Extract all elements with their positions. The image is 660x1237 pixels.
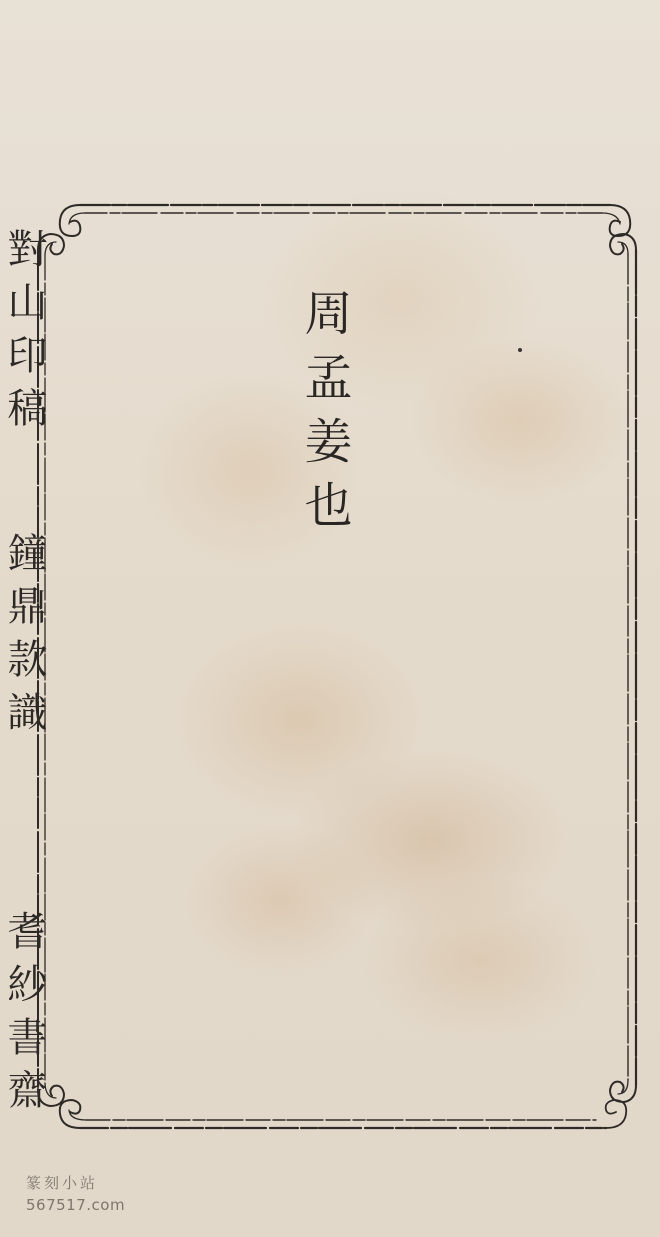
- watermark-url: 567517.com: [26, 1194, 125, 1216]
- watermark: 篆刻小站 567517.com: [26, 1172, 125, 1216]
- side-column-subtitle: 鐘鼎款識: [4, 532, 44, 744]
- watermark-title: 篆刻小站: [26, 1172, 125, 1194]
- side-column-studio-name: 耆紗書齋: [4, 910, 44, 1122]
- aged-paper-background: [0, 0, 660, 1237]
- side-column-book-title: 對山印稿: [4, 228, 44, 440]
- main-title: 周孟姜也: [300, 288, 348, 544]
- ink-speck: [518, 348, 522, 352]
